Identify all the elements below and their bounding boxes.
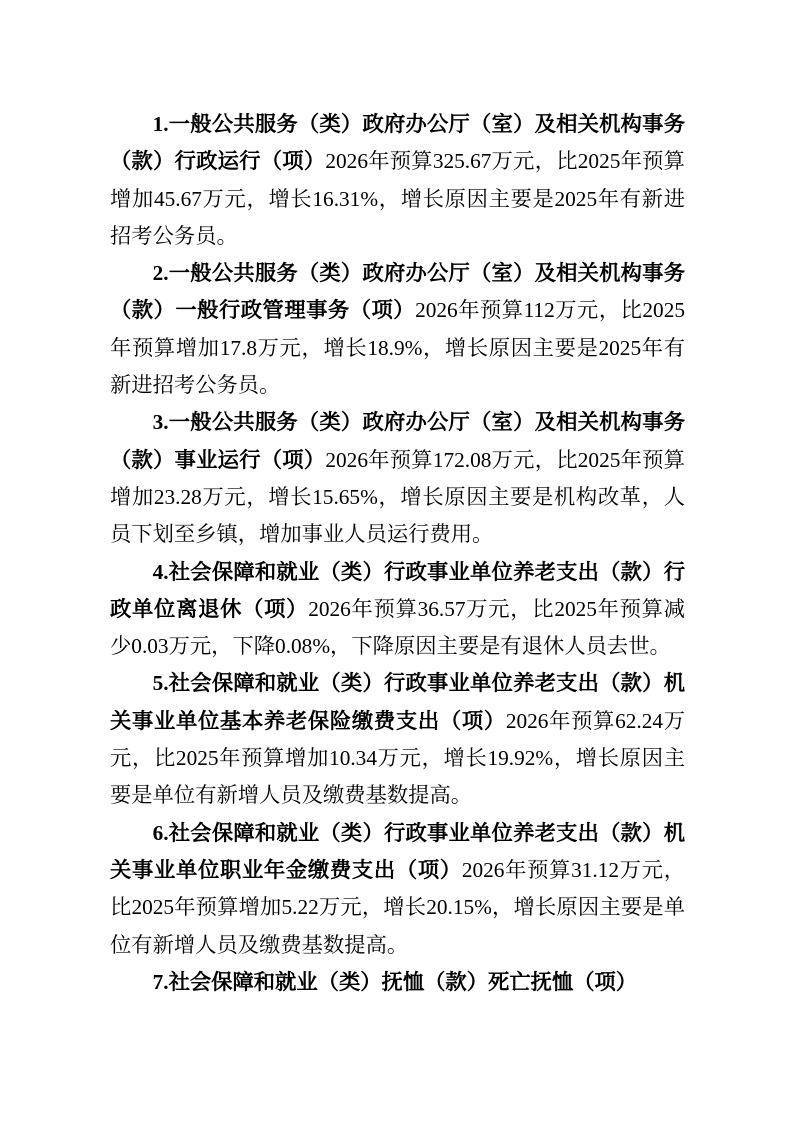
- document-content: 1.一般公共服务（类）政府办公厅（室）及相关机构事务（款）行政运行（项）2026…: [110, 106, 685, 1001]
- budget-item-paragraph-3: 3.一般公共服务（类）政府办公厅（室）及相关机构事务（款）事业运行（项）2026…: [110, 404, 685, 553]
- budget-item-paragraph-6: 6.社会保障和就业（类）行政事业单位养老支出（款）机关事业单位职业年金缴费支出（…: [110, 815, 685, 964]
- budget-item-paragraph-4: 4.社会保障和就业（类）行政事业单位养老支出（款）行政单位离退休（项）2026年…: [110, 554, 685, 666]
- document-page: 1.一般公共服务（类）政府办公厅（室）及相关机构事务（款）行政运行（项）2026…: [0, 0, 793, 1122]
- budget-item-paragraph-5: 5.社会保障和就业（类）行政事业单位养老支出（款）机关事业单位基本养老保险缴费支…: [110, 665, 685, 814]
- budget-item-paragraph-7: 7.社会保障和就业（类）抚恤（款）死亡抚恤（项）: [110, 964, 685, 1001]
- budget-item-paragraph-1: 1.一般公共服务（类）政府办公厅（室）及相关机构事务（款）行政运行（项）2026…: [110, 106, 685, 255]
- budget-item-paragraph-2: 2.一般公共服务（类）政府办公厅（室）及相关机构事务（款）一般行政管理事务（项）…: [110, 255, 685, 404]
- budget-item-heading: 7.社会保障和就业（类）抚恤（款）死亡抚恤（项）: [153, 970, 638, 994]
